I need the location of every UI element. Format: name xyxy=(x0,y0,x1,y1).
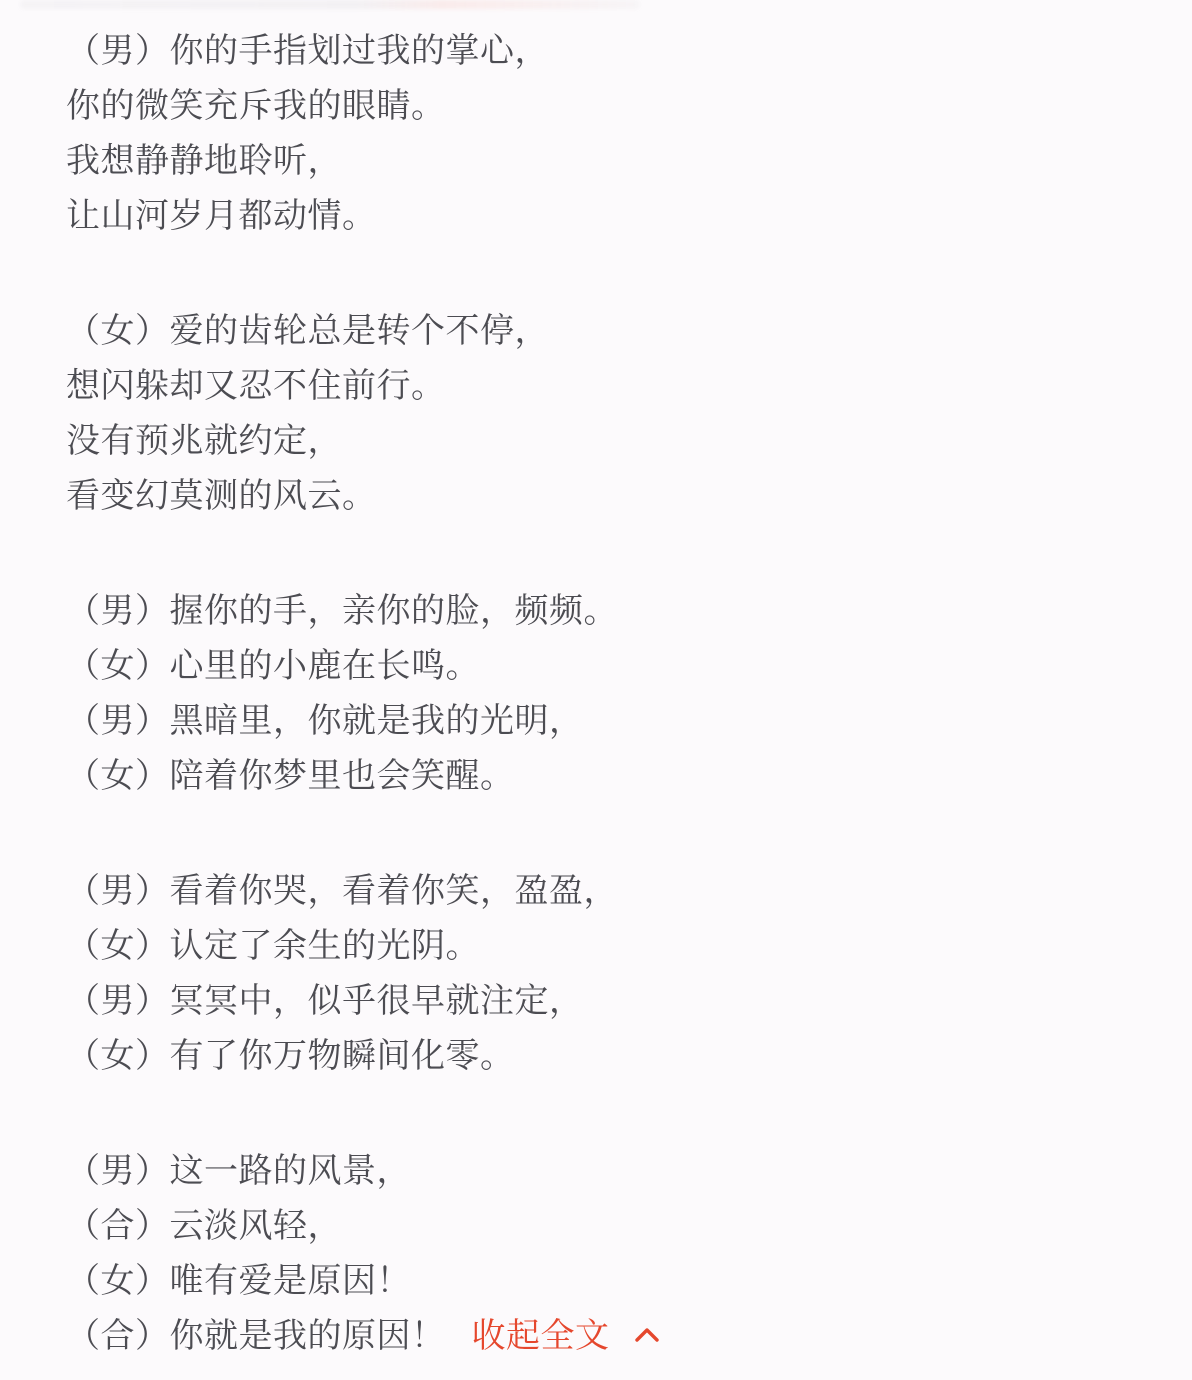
lyric-line: （男）看着你哭，看着你笑，盈盈， xyxy=(66,864,1152,919)
lyric-line: （男）这一路的风景， xyxy=(66,1144,1152,1199)
lyric-line: （合）云淡风轻， xyxy=(66,1199,1152,1254)
lyric-line: 看变幻莫测的风云。 xyxy=(66,469,1152,524)
lyric-line: 你的微笑充斥我的眼睛。 xyxy=(66,79,1152,134)
clipped-previous-line-remnant xyxy=(20,0,640,9)
lyric-line: （女）唯有爱是原因！ xyxy=(66,1254,1152,1309)
lyric-stanza-2: （女）爱的齿轮总是转个不停， 想闪躲却又忍不住前行。 没有预兆就约定， 看变幻莫… xyxy=(66,304,1152,524)
chevron-up-icon[interactable] xyxy=(634,1326,660,1344)
lyric-line: （女）心里的小鹿在长鸣。 xyxy=(66,639,1152,694)
lyric-line: （男）黑暗里，你就是我的光明， xyxy=(66,694,1152,749)
lyric-stanza-3: （男）握你的手，亲你的脸，频频。 （女）心里的小鹿在长鸣。 （男）黑暗里，你就是… xyxy=(66,584,1152,804)
lyric-line-with-collapse: （合）你就是我的原因！收起全文 xyxy=(66,1309,1152,1364)
lyric-line: （男）冥冥中，似乎很早就注定， xyxy=(66,974,1152,1029)
lyric-line: （女）爱的齿轮总是转个不停， xyxy=(66,304,1152,359)
lyric-line: （女）陪着你梦里也会笑醒。 xyxy=(66,749,1152,804)
lyric-line: 我想静静地聆听， xyxy=(66,134,1152,189)
lyric-stanza-1: （男）你的手指划过我的掌心， 你的微笑充斥我的眼睛。 我想静静地聆听， 让山河岁… xyxy=(66,24,1152,244)
collapse-link-label: 收起全文 xyxy=(472,1317,610,1355)
lyric-line: 让山河岁月都动情。 xyxy=(66,189,1152,244)
lyric-line: 想闪躲却又忍不住前行。 xyxy=(66,359,1152,414)
lyric-line: （男）你的手指划过我的掌心， xyxy=(66,24,1152,79)
lyric-line: （女）认定了余生的光阴。 xyxy=(66,919,1152,974)
lyric-stanza-4: （男）看着你哭，看着你笑，盈盈， （女）认定了余生的光阴。 （男）冥冥中，似乎很… xyxy=(66,864,1152,1084)
collapse-full-text-link[interactable]: 收起全文 xyxy=(472,1317,660,1355)
lyric-line: （女）有了你万物瞬间化零。 xyxy=(66,1029,1152,1084)
lyric-line: 没有预兆就约定， xyxy=(66,414,1152,469)
lyric-line: （男）握你的手，亲你的脸，频频。 xyxy=(66,584,1152,639)
lyrics-full-text: （男）你的手指划过我的掌心， 你的微笑充斥我的眼睛。 我想静静地聆听， 让山河岁… xyxy=(0,0,1192,1364)
lyric-stanza-5: （男）这一路的风景， （合）云淡风轻， （女）唯有爱是原因！ （合）你就是我的原… xyxy=(66,1144,1152,1364)
lyric-line: （合）你就是我的原因！ xyxy=(66,1317,446,1355)
